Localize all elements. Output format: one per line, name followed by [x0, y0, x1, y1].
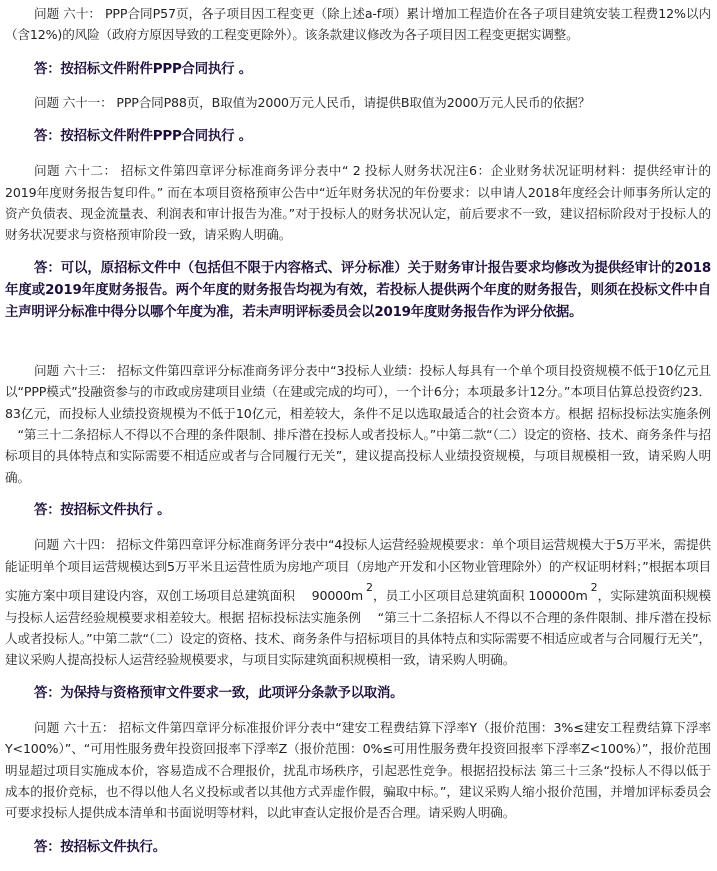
answer-text: 答：按招标文件附件PPP合同执行 。	[5, 59, 711, 81]
question-text: 问题 六十二： 招标文件第四章评分标准商务评分表中“ 2 投标人财务状况注6：企…	[5, 160, 711, 246]
question-text: 问题 六十四： 招标文件第四章评分标准商务评分表中“4投标人运营经验规模要求：单…	[5, 534, 711, 670]
document-body: 问题 六十： PPP合同P57页，各子项目因工程变更（除上述a-f项）累计增加工…	[0, 0, 717, 859]
superscript-2: 2	[366, 581, 373, 594]
qa-item-62: 问题 六十二： 招标文件第四章评分标准商务评分表中“ 2 投标人财务状况注6：企…	[5, 160, 711, 324]
question-text: 问题 六十： PPP合同P57页，各子项目因工程变更（除上述a-f项）累计增加工…	[5, 3, 711, 46]
answer-text: 答：按招标文件执行 。	[5, 500, 711, 522]
qa-item-63: 问题 六十三： 招标文件第四章评分标准商务评分表中“3投标人业绩：投标人每具有一…	[5, 360, 711, 522]
superscript-2: 2	[591, 581, 598, 594]
question-text: 问题 六十三： 招标文件第四章评分标准商务评分表中“3投标人业绩：投标人每具有一…	[5, 360, 711, 488]
answer-text: 答：可以，原招标文件中（包括但不限于内容格式、评分标准）关于财务审计报告要求均修…	[5, 258, 711, 324]
qa-item-61: 问题 六十一： PPP合同P88页，B取值为2000万元人民币，请提供B取值为2…	[5, 92, 711, 148]
answer-text: 答：按招标文件执行。	[5, 837, 711, 859]
question-text: 问题 六十一： PPP合同P88页，B取值为2000万元人民币，请提供B取值为2…	[5, 92, 711, 113]
answer-text: 答：为保持与资格预审文件要求一致，此项评分条款予以取消。	[5, 683, 711, 705]
qa-item-60: 问题 六十： PPP合同P57页，各子项目因工程变更（除上述a-f项）累计增加工…	[5, 0, 711, 81]
qa-item-64: 问题 六十四： 招标文件第四章评分标准商务评分表中“4投标人运营经验规模要求：单…	[5, 534, 711, 704]
question-text: 问题 六十五： 招标文件第四章评分标准报价评分表中“建安工程费结算下浮率Y（报价…	[5, 717, 711, 824]
qa-item-65: 问题 六十五： 招标文件第四章评分标准报价评分表中“建安工程费结算下浮率Y（报价…	[5, 717, 711, 859]
answer-text: 答：按招标文件附件PPP合同执行 。	[5, 126, 711, 148]
question-part-2: ，员工小区项目总建筑面积 100000m	[373, 588, 588, 603]
